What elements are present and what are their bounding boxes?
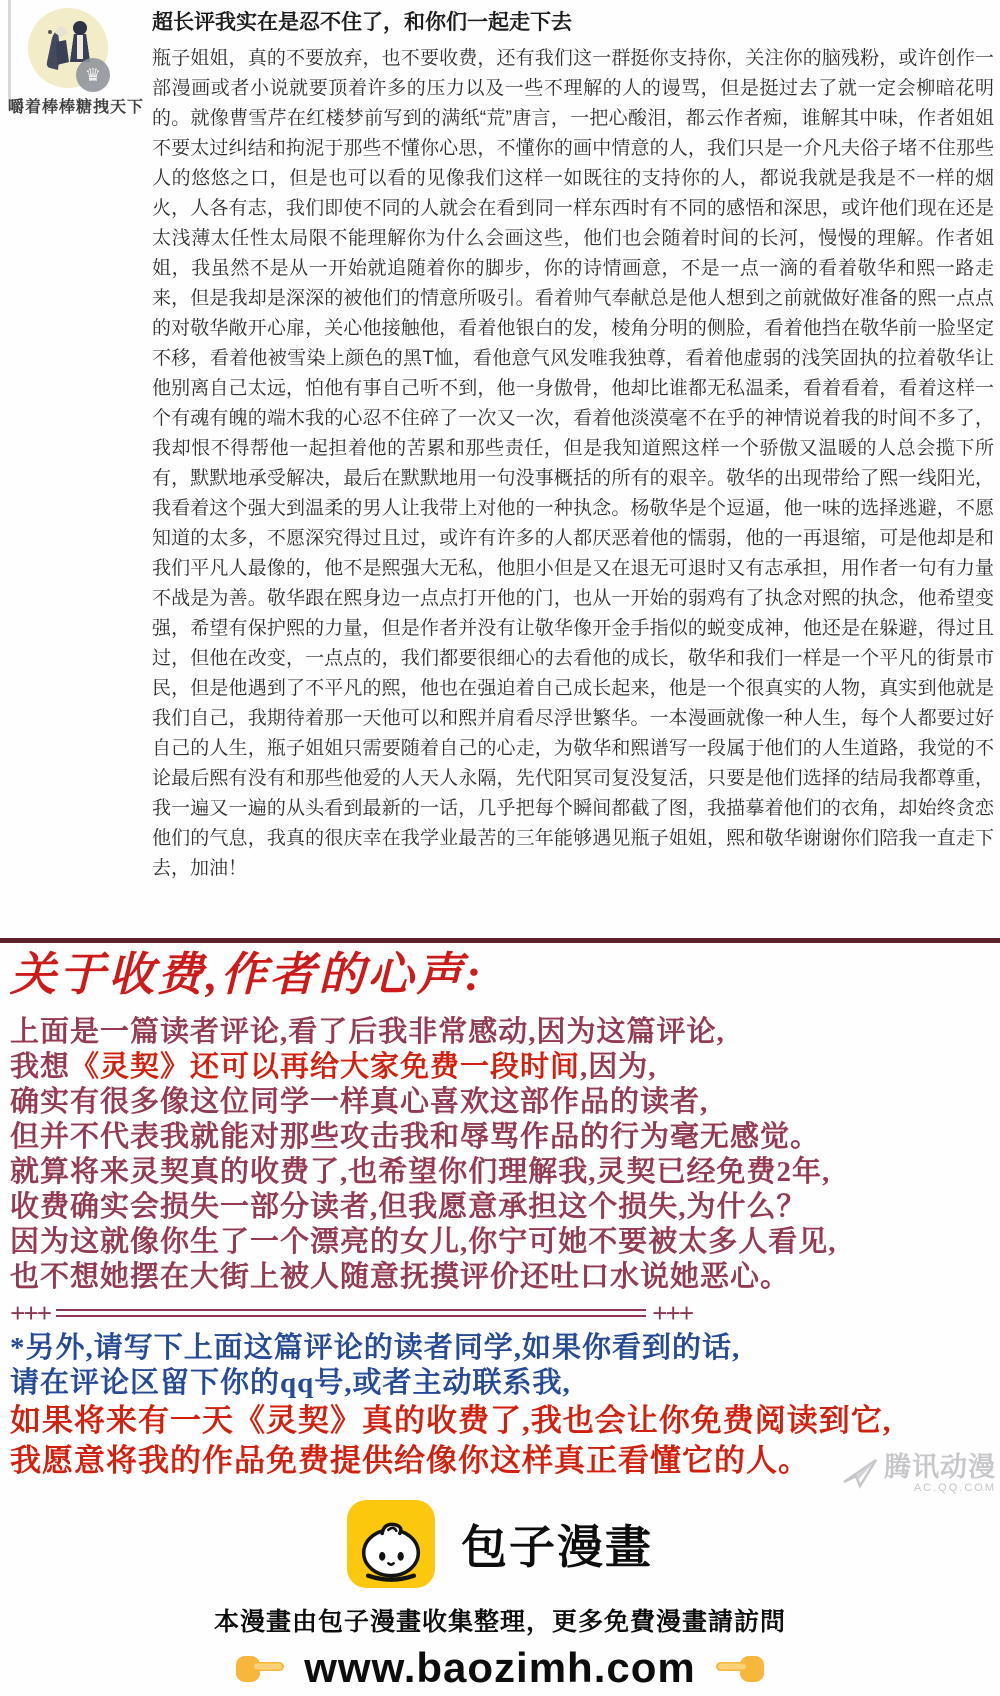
notice-lines: 上面是一篇读者评论,看了后我非常感动,因为这篇评论,我想《灵契》还可以再给大家免… — [10, 1015, 990, 1481]
tencent-watermark: 腾讯动漫 AC.QQ.COM — [840, 1452, 996, 1494]
footer: 包子漫畫 本漫畫由包子漫畫收集整理，更多免費漫畫請訪問 www.baozimh.… — [0, 1498, 1000, 1692]
comment-body: 瓶子姐姐，真的不要放弃，也不要收费，还有我们这一群挺你支持你，关注你的脑残粉，或… — [152, 44, 994, 884]
commenter-username: 嚼着棒棒糖拽天下 — [0, 94, 152, 117]
notice-line: 上面是一篇读者评论,看了后我非常感动,因为这篇评论, — [10, 1015, 990, 1050]
comment-title: 超长评我实在是忍不住了，和你们一起走下去 — [152, 6, 572, 36]
pointing-right-hand-icon — [234, 1650, 286, 1686]
notice-line: 但并不代表我就能对那些攻击我和辱骂作品的行为毫无感觉。 — [10, 1120, 990, 1155]
site-url[interactable]: www.baozimh.com — [304, 1644, 695, 1692]
paper-plane-icon — [840, 1452, 880, 1492]
notice-line: 也不想她摆在大街上被人随意抚摸评价还吐口水说她恶心。 — [10, 1260, 990, 1295]
pointing-left-hand-icon — [714, 1650, 766, 1686]
crown-badge-icon: ♛ — [76, 58, 110, 92]
author-notice-section: 关于收费,作者的心声: 上面是一篇读者评论,看了后我非常感动,因为这篇评论,我想… — [0, 938, 1000, 1481]
crown-glyph: ♛ — [85, 65, 101, 86]
notice-line: *另外,请写下上面这篇评论的读者同学,如果你看到的话, — [10, 1331, 990, 1366]
notice-line: 如果将来有一天《灵契》真的收费了,我也会让你免费阅读到它, — [10, 1401, 990, 1441]
footer-note: 本漫畫由包子漫畫收集整理，更多免費漫畫請訪問 — [0, 1602, 1000, 1638]
watermark-site: AC.QQ.COM — [884, 1482, 996, 1494]
watermark-brand: 腾讯动漫 — [884, 1452, 996, 1482]
footer-brand-name: 包子漫畫 — [461, 1511, 653, 1577]
notice-line: 我想《灵契》还可以再给大家免费一段时间,因为, — [10, 1050, 990, 1085]
comic-page: ♛ 嚼着棒棒糖拽天下 超长评我实在是忍不住了，和你们一起走下去 瓶子姐姐，真的不… — [0, 0, 1000, 1696]
notice-line: 因为这就像你生了一个漂亮的女儿,你宁可她不要被太多人看见, — [10, 1225, 990, 1260]
notice-line: 请在评论区留下你的qq号,或者主动联系我, — [10, 1366, 990, 1401]
notice-heading: 关于收费,作者的心声: — [10, 947, 990, 1003]
baozi-logo-icon — [347, 1500, 435, 1588]
notice-line: 确实有很多像这位同学一样真心喜欢这部作品的读者, — [10, 1085, 990, 1120]
notice-divider: ++++++ — [10, 1297, 990, 1329]
notice-line: 收费确实会损失一部分读者,但我愿意承担这个损失,为什么？ — [10, 1190, 990, 1225]
notice-line: 就算将来灵契真的收费了,也希望你们理解我,灵契已经免费2年, — [10, 1155, 990, 1190]
